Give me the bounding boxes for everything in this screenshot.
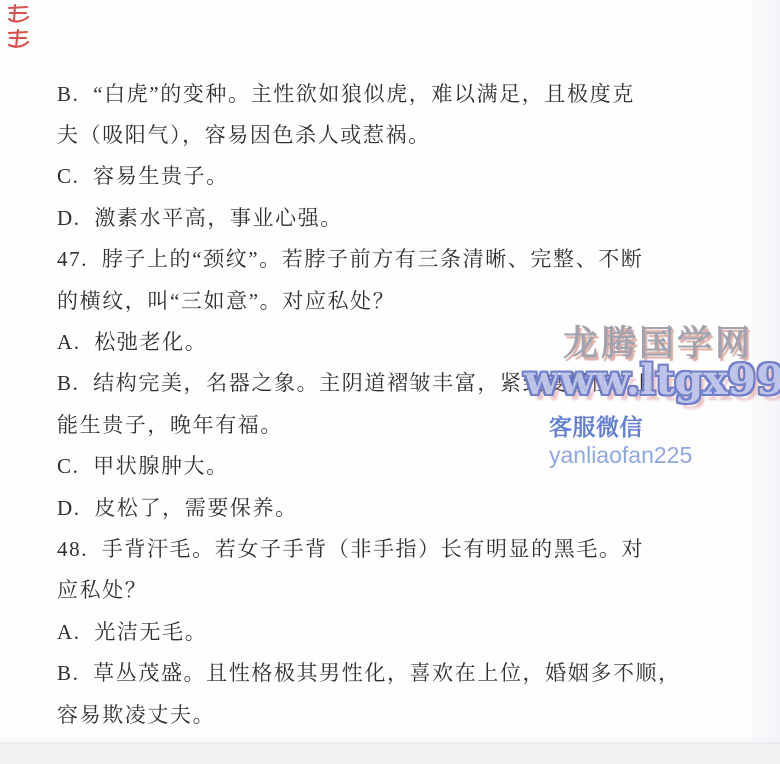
page-bottom-gap — [0, 743, 780, 764]
text-line-option-b48-2: 容易欺凌丈夫。 — [57, 693, 737, 734]
text-line-option-c46: C. 容易生贵子。 — [57, 155, 737, 196]
watermark-site-url: www.ltgx99.com — [524, 356, 780, 404]
watermark-contact-label: 客服微信 — [549, 414, 643, 440]
text-line-option-b48: B. 草丛茂盛。且性格极其男性化，喜欢在上位，婚姻多不顺， — [57, 651, 737, 692]
text-line-option-b46: B. “白虎”的变种。主性欲如狼似虎，难以满足，且极度克 — [57, 72, 737, 113]
text-line-option-b46-2: 夫（吸阳气），容易因色杀人或惹祸。 — [57, 113, 737, 154]
text-line-question-48-2: 应私处？ — [57, 569, 737, 610]
text-line-option-d47: D. 皮松了，需要保养。 — [57, 486, 737, 527]
red-pen-mark-bottom — [9, 30, 28, 47]
text-line-question-48: 48. 手背汗毛。若女子手背（非手指）长有明显的黑毛。对 — [57, 527, 737, 568]
text-line-question-47: 47. 脖子上的“颈纹”。若脖子前方有三条清晰、完整、不断 — [57, 238, 737, 279]
text-line-option-a48: A. 光洁无毛。 — [57, 610, 737, 651]
watermark-contact-handle: yanliaofan225 — [549, 442, 692, 468]
red-pen-mark-top — [9, 5, 28, 21]
red-pen-annotation — [6, 3, 32, 49]
text-line-option-d46: D. 激素水平高，事业心强。 — [57, 196, 737, 237]
text-line-question-47-2: 的横纹，叫“三如意”。对应私处？ — [57, 279, 737, 320]
watermark-contact: 客服微信 yanliaofan225 — [549, 409, 780, 469]
